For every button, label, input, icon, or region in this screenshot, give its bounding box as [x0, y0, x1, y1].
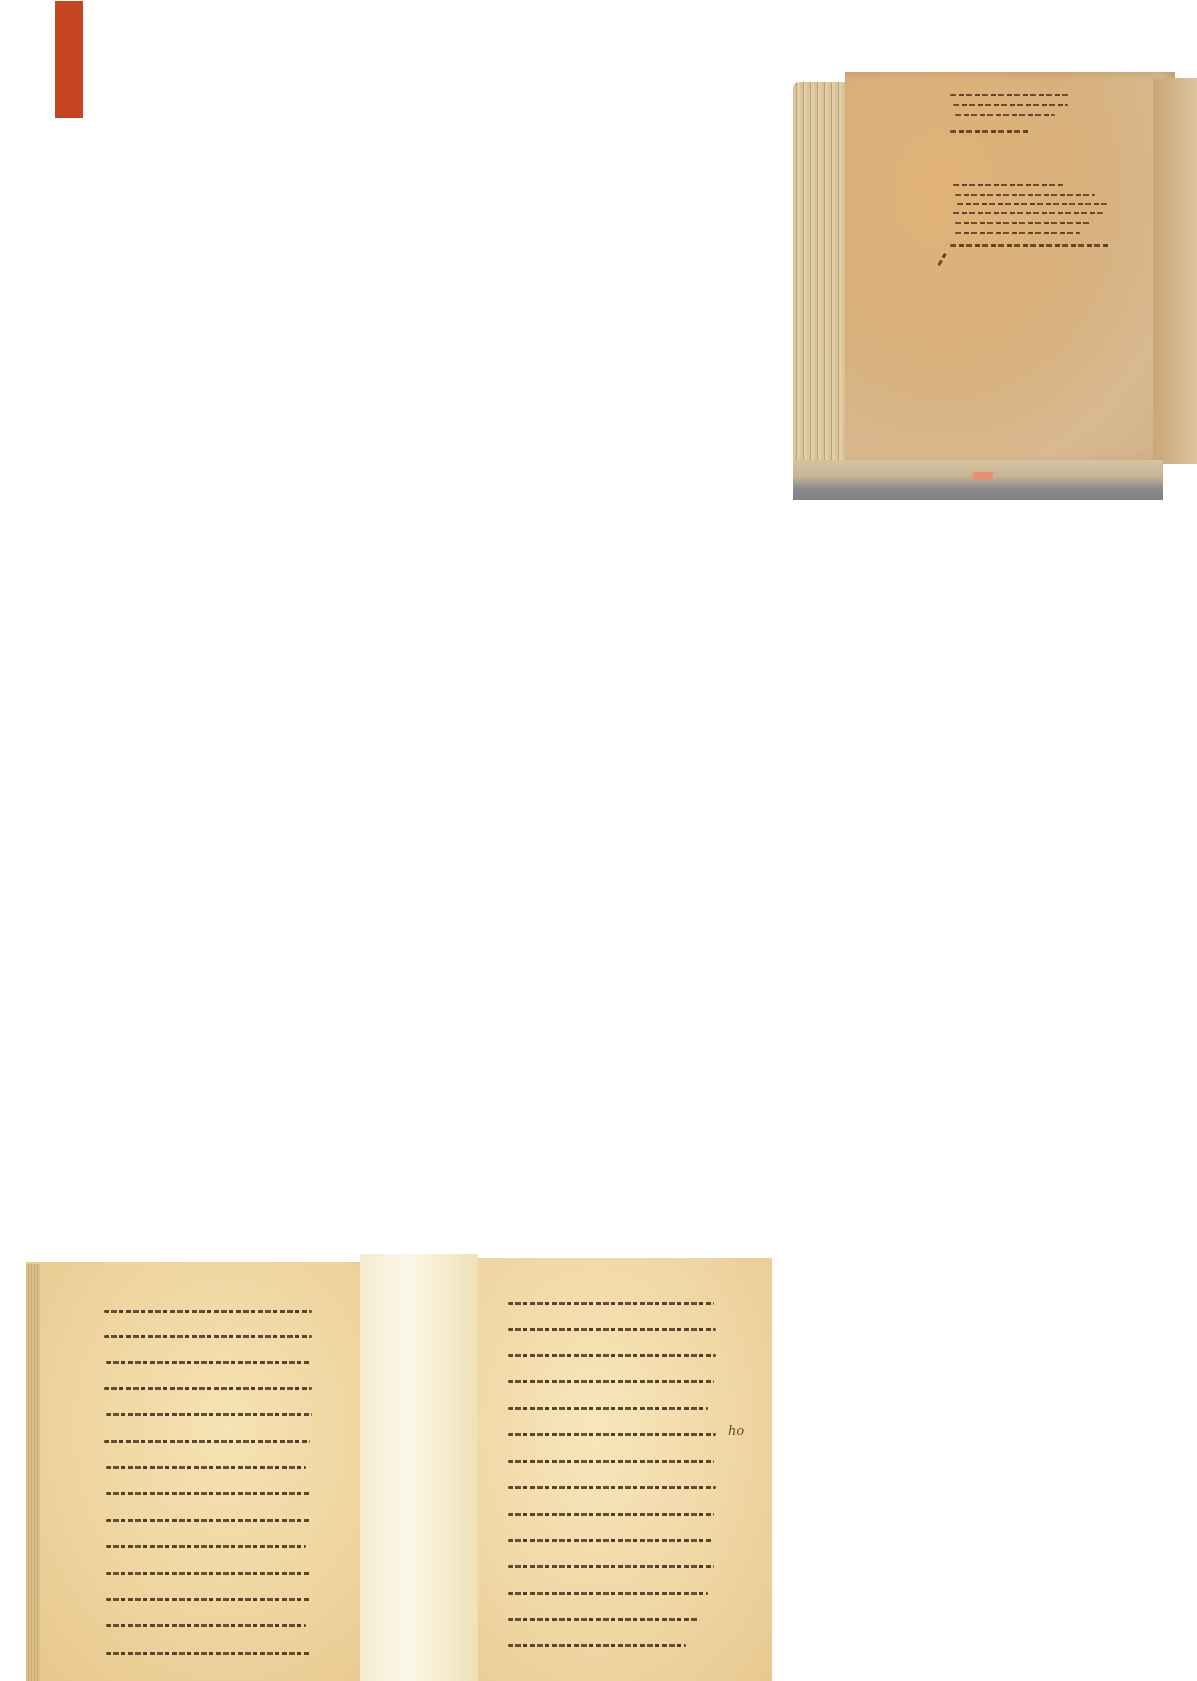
page-stack-edge: [793, 82, 853, 482]
manuscript-left-page: [26, 1262, 360, 1681]
book-bottom-edge: [793, 460, 1163, 500]
manuscript-page: [845, 72, 1175, 464]
margin-note: ho: [728, 1424, 744, 1439]
accent-bar: [55, 1, 83, 118]
shelf-tag: [973, 472, 993, 479]
page-stack-edge: [26, 1264, 40, 1681]
facing-page: [1153, 78, 1197, 464]
manuscript-right-page: ho: [478, 1258, 772, 1681]
manuscript-photo-bottom: ho: [26, 1254, 772, 1681]
manuscript-photo-top: [793, 68, 1197, 500]
manuscript-gutter: [360, 1254, 478, 1681]
